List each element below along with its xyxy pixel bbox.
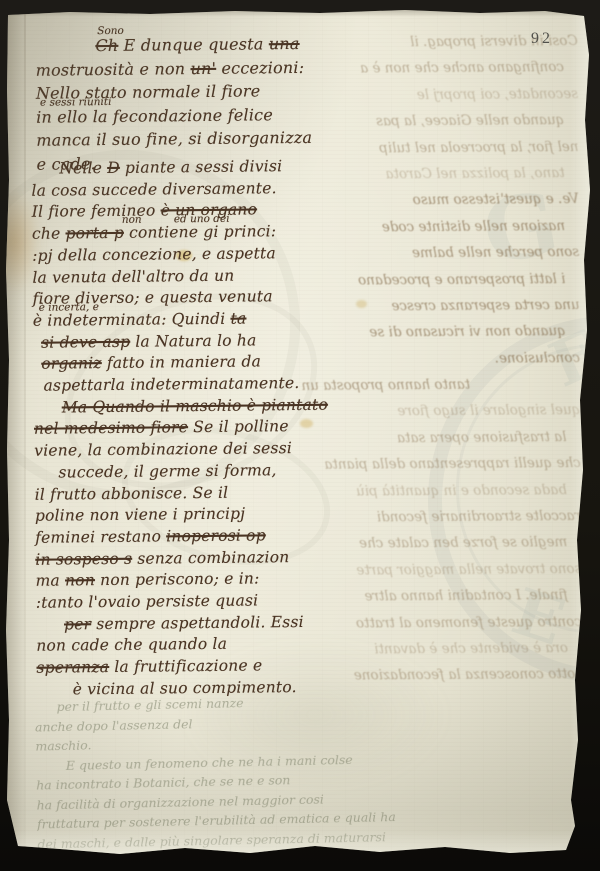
handwriting-text: :pj della concezione, e aspetta xyxy=(32,244,276,265)
struck-text: speranza xyxy=(36,658,109,677)
manuscript-page: GEE Cosi in diversi propag. ilconfingano… xyxy=(0,0,600,871)
manuscript-line: mostruosità e non un' eccezioni: xyxy=(36,55,366,82)
struck-text: non xyxy=(65,572,95,590)
handwriting-text: ma xyxy=(35,572,65,590)
handwriting-text: succede, il germe si forma, xyxy=(58,461,276,481)
handwriting-text: il frutto abbonisce. Se il xyxy=(35,483,229,503)
struck-text: Ma Quando il maschio è piantato xyxy=(62,395,328,416)
handwriting-text: in ello la fecondazione felice xyxy=(36,105,273,126)
torn-edge-highlight-bottom xyxy=(0,830,600,856)
paragraph-1: Ch E dunque questa unaSonomostruosità e … xyxy=(35,31,366,175)
struck-text: una xyxy=(269,34,300,53)
inserted-word: e sessi riuniti xyxy=(40,96,112,107)
handwriting-text: Nelle xyxy=(59,159,107,178)
struck-text: per xyxy=(64,615,91,633)
paragraph-2: Nelle D piante a sessi divisila cosa suc… xyxy=(31,155,377,701)
struck-text: nel medesimo fiore xyxy=(34,419,188,439)
struck-text: un' xyxy=(190,58,216,77)
manuscript-line: manca il suo fine, si disorganizza xyxy=(36,125,366,152)
struck-text: si deve asp xyxy=(41,332,130,351)
struck-text: porta p xyxy=(65,224,124,243)
handwriting-text: la venuta dell'altro da un xyxy=(32,266,234,286)
manuscript-line: è vicina al suo compimento. xyxy=(37,676,377,701)
struck-text: in sospeso s xyxy=(35,549,132,568)
inserted-word: non xyxy=(122,215,142,225)
handwriting-text: la Natura lo ha xyxy=(130,331,256,350)
torn-edge-highlight-right xyxy=(570,0,594,860)
handwriting-text: viene, la combinazione dei sessi xyxy=(34,439,292,460)
handwriting-text: aspettarla indeterminatamente. xyxy=(43,374,299,395)
handwriting-text: mostruosità e non xyxy=(36,59,191,80)
handwriting-text: la fruttificazione e xyxy=(109,657,262,677)
handwriting-text: contiene gi princi: xyxy=(124,222,276,242)
handwriting-text: non cade che quando la xyxy=(36,635,227,655)
handwriting-text: :tanto l'ovaio persiste quasi xyxy=(36,592,259,612)
manuscript-line: Ch E dunque questa unaSono xyxy=(35,31,365,58)
handwriting-text: poline non viene i principj xyxy=(35,505,246,525)
handwriting-text: senza combinazion xyxy=(132,548,289,568)
handwriting-text: fatto in maniera da xyxy=(102,353,261,373)
inserted-word: è incerta, e xyxy=(39,302,99,313)
handwriting-text: piante a sessi divisi xyxy=(120,157,283,177)
handwriting-text: E dunque questa xyxy=(118,34,269,55)
handwriting-text: la cosa succede diversamente. xyxy=(31,179,276,200)
inserted-word: ed uno dei xyxy=(174,214,230,225)
manuscript-scan: GEE Cosi in diversi propag. ilconfingano… xyxy=(0,0,600,871)
handwriting-text: non periscono; e in: xyxy=(95,570,260,590)
manuscript-line: in ello la fecondazione felicee sessi ri… xyxy=(36,102,366,129)
left-edge-shadow xyxy=(6,0,26,871)
handwriting-text: feminei restano xyxy=(35,527,166,546)
handwriting-text: che xyxy=(32,225,66,243)
struck-text: Ch xyxy=(95,36,118,55)
handwriting-text: è vicina al suo compimento. xyxy=(73,678,297,698)
page-number-stamp: 92 xyxy=(531,30,553,48)
handwriting-text: Se il polline xyxy=(188,418,289,437)
struck-text: D xyxy=(107,159,120,177)
inserted-word: Sono xyxy=(97,26,124,36)
handwriting-text: eccezioni: xyxy=(216,57,304,77)
handwriting-text: manca il suo fine, si disorganizza xyxy=(36,128,312,150)
struck-text: ta xyxy=(230,309,246,327)
handwriting-text: sempre aspettandoli. Essi xyxy=(91,613,304,633)
struck-text: inoperosi op xyxy=(166,526,266,545)
top-edge-shadow xyxy=(0,10,600,17)
struck-text: organiz xyxy=(41,354,102,373)
